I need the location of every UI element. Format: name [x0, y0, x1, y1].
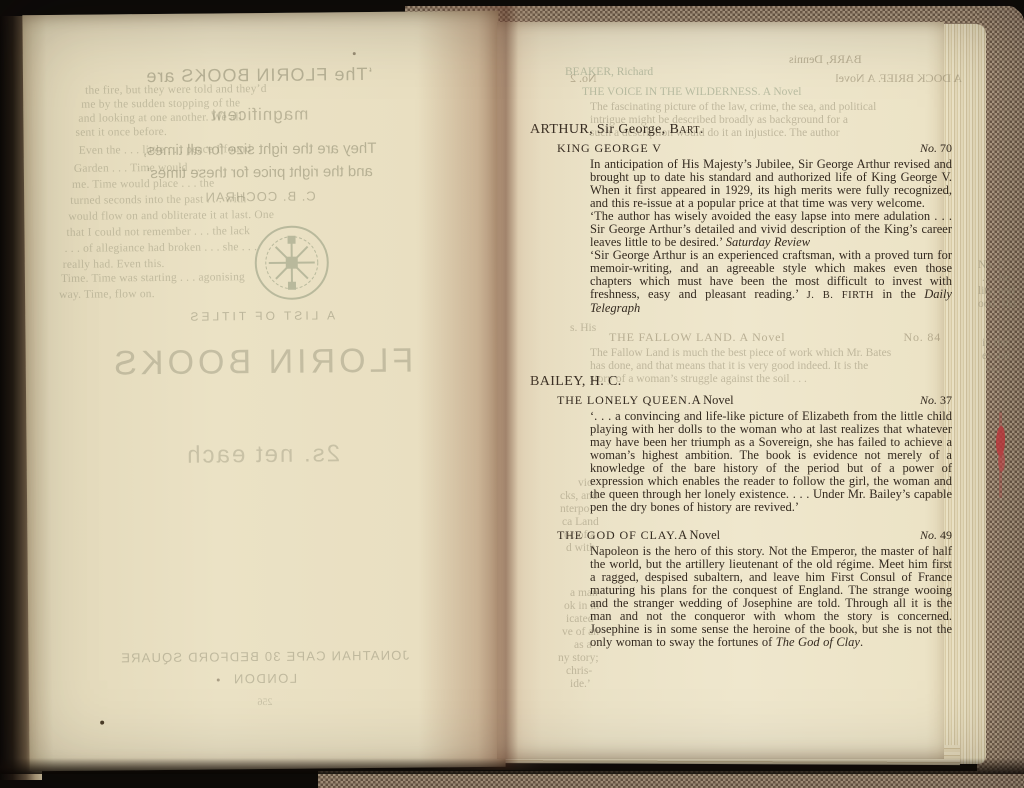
ad-line: and the right price for these times’ [30, 162, 490, 183]
ghost-text-fragment: chris- [566, 665, 592, 677]
author-name: ARTHUR, Sir George, [530, 122, 670, 137]
open-book-photo: the fire, but they were told and they’dm… [0, 0, 1024, 788]
bottom-shadow [0, 758, 1024, 774]
book-subtitle: A Novel [692, 393, 734, 408]
description-paragraph: ‘Sir George Arthur is an experienced cra… [590, 249, 952, 315]
list-heading: A LIST OF TITLES [31, 307, 491, 325]
ghost-text-fragment: . . . he [982, 272, 1010, 284]
ghost-text-fragment: THE VOICE IN THE WILDERNESS. A Novel [582, 86, 801, 98]
catalog-entry: ARTHUR, Sir George, Bart.KING GEORGE VNo… [530, 122, 952, 315]
ghost-text-line: really had. Even this. [63, 258, 165, 271]
ghost-verso-author: BARR, Dennis [789, 52, 862, 67]
ghost-mid-number: No. 84 [904, 330, 941, 345]
ghost-text-fragment: in the [982, 337, 1008, 349]
number-value: 49 [940, 528, 952, 542]
book-title-row: THE GOD OF CLAY. A NovelNo. 49 [530, 528, 952, 543]
book-title: THE LONELY QUEEN. [557, 393, 692, 408]
ghost-text-fragment: ny story; [558, 652, 599, 664]
book-title: THE GOD OF CLAY. [557, 528, 678, 543]
catalog-column: BARR, Dennis A DOCK BRIEF. A Novel No. 2… [530, 22, 952, 759]
library-stamp-icon [252, 223, 331, 302]
left-page: the fire, but they were told and they’dm… [22, 11, 505, 772]
paper-speck [100, 721, 104, 725]
ghost-text-fragment: has done, and that means that it is very… [590, 360, 868, 372]
ghost-page-number: 256 [35, 695, 495, 710]
entry-author: BAILEY, H. C. [530, 374, 952, 390]
ghost-text-line: way. Time, flow on. [59, 288, 155, 301]
book-title-row: KING GEORGE VNo. 70 [530, 141, 952, 156]
number-value: 70 [940, 141, 952, 155]
ghost-text-line: would flow on and obliterate it at last.… [68, 209, 274, 223]
ghost-text-fragment: BEAKER, Richard [565, 66, 653, 78]
ghost-text-fragment: The Fallow Land is much the best piece o… [590, 347, 891, 359]
book-listing: KING GEORGE VNo. 70In anticipation of Hi… [530, 141, 952, 315]
ghost-text-line: . . . of allegiance had broken . . . she… [65, 241, 258, 255]
entry-author: ARTHUR, Sir George, Bart. [530, 122, 952, 138]
book-listing: THE LONELY QUEEN. A NovelNo. 37‘. . . a … [530, 393, 952, 514]
book-number: No. 49 [920, 528, 952, 543]
red-ink-stain [994, 412, 1007, 498]
ghost-text-fragment: es, [986, 363, 998, 375]
ghost-text-fragment: ood. His [978, 298, 1017, 310]
book-description: Napoleon is the hero of this story. Not … [590, 545, 952, 649]
text-run: ‘. . . a convincing and life-like pictur… [590, 409, 952, 514]
right-page: BARR, Dennis A DOCK BRIEF. A Novel No. 2… [497, 22, 944, 759]
price-line: 2s. net each [32, 439, 492, 471]
description-paragraph: ‘The author has wisely avoided the easy … [590, 210, 952, 249]
book-number: No. 37 [920, 393, 952, 408]
number-prefix: No. [920, 528, 940, 542]
left-page-ghost-text: the fire, but they were told and they’dm… [22, 11, 498, 16]
catalog-entry: BAILEY, H. C.THE LONELY QUEEN. A NovelNo… [530, 374, 952, 649]
text-run: In anticipation of His Majesty’s Jubilee… [590, 157, 952, 210]
publisher-city: LONDON [35, 669, 495, 688]
book-title-row: THE LONELY QUEEN. A NovelNo. 37 [530, 393, 952, 408]
showthrough-ad-block: ‘The FLORIN BOOKS are magnificent They a… [28, 11, 488, 15]
ad-line: ‘The FLORIN BOOKS are [29, 63, 489, 88]
number-value: 37 [940, 393, 952, 407]
ghost-text-fragment: ide.’ [570, 678, 591, 690]
ghost-text-fragment: lity, and [978, 285, 1015, 297]
book-listing: THE GOD OF CLAY. A NovelNo. 49Napoleon i… [530, 528, 952, 649]
ghost-mid-title: THE FALLOW LAND. A Novel [609, 330, 785, 345]
paper-speck [353, 52, 356, 55]
author-name: BAILEY, H. C. [530, 374, 622, 389]
ghost-text-fragment: No. 5 [978, 259, 1004, 271]
number-prefix: No. [920, 393, 940, 407]
ghost-mid-title-row: THE FALLOW LAND. A Novel No. 84 [609, 330, 941, 345]
text-run: in the [874, 287, 924, 301]
ghost-text-line: that I could not remember . . . the lack [66, 225, 250, 239]
description-paragraph: Napoleon is the hero of this story. Not … [590, 545, 952, 649]
text-run: Napoleon is the hero of this story. Not … [590, 544, 952, 649]
description-paragraph: ‘. . . a convincing and life-like pictur… [590, 410, 952, 514]
ghost-text-line: Time. Time was starting . . . agonising [61, 271, 245, 285]
description-paragraph: In anticipation of His Majesty’s Jubilee… [590, 158, 952, 210]
text-run: J. B. FIRTH [807, 290, 874, 301]
ad-line: magnificent [29, 103, 489, 127]
book-subtitle: A Novel [678, 528, 720, 543]
book-title: KING GEORGE V [557, 141, 662, 156]
text-run: The God of Clay [776, 635, 860, 649]
author-suffix: Bart. [670, 122, 704, 137]
ad-signature: C. B. COCHRAN [30, 187, 490, 206]
ghost-text-fragment: The fascinating picture of the law, crim… [590, 101, 876, 113]
number-prefix: No. [920, 141, 940, 155]
book-number: No. 70 [920, 141, 952, 156]
ghost-text-fragment: ey are [982, 350, 1010, 362]
ghost-text-fragment: s. His [570, 322, 596, 334]
ghost-text-line: sent it once before. [75, 126, 167, 139]
paper-speck [217, 678, 220, 681]
book-description: In anticipation of His Majesty’s Jubilee… [590, 158, 952, 315]
text-run: . [860, 635, 863, 649]
text-run: Saturday Review [726, 235, 810, 249]
book-description: ‘. . . a convincing and life-like pictur… [590, 410, 952, 514]
ghost-verso-title: A DOCK BRIEF. A Novel [835, 71, 962, 86]
ad-line: They are the right size for all times, [30, 139, 490, 160]
series-title: FLORIN BOOKS [32, 341, 492, 384]
publisher-line: JONATHAN CAPE 30 BEDFORD SQUARE [34, 647, 494, 666]
showthrough-titlepage-block: A LIST OF TITLES FLORIN BOOKS 2s. net ea… [28, 11, 488, 15]
